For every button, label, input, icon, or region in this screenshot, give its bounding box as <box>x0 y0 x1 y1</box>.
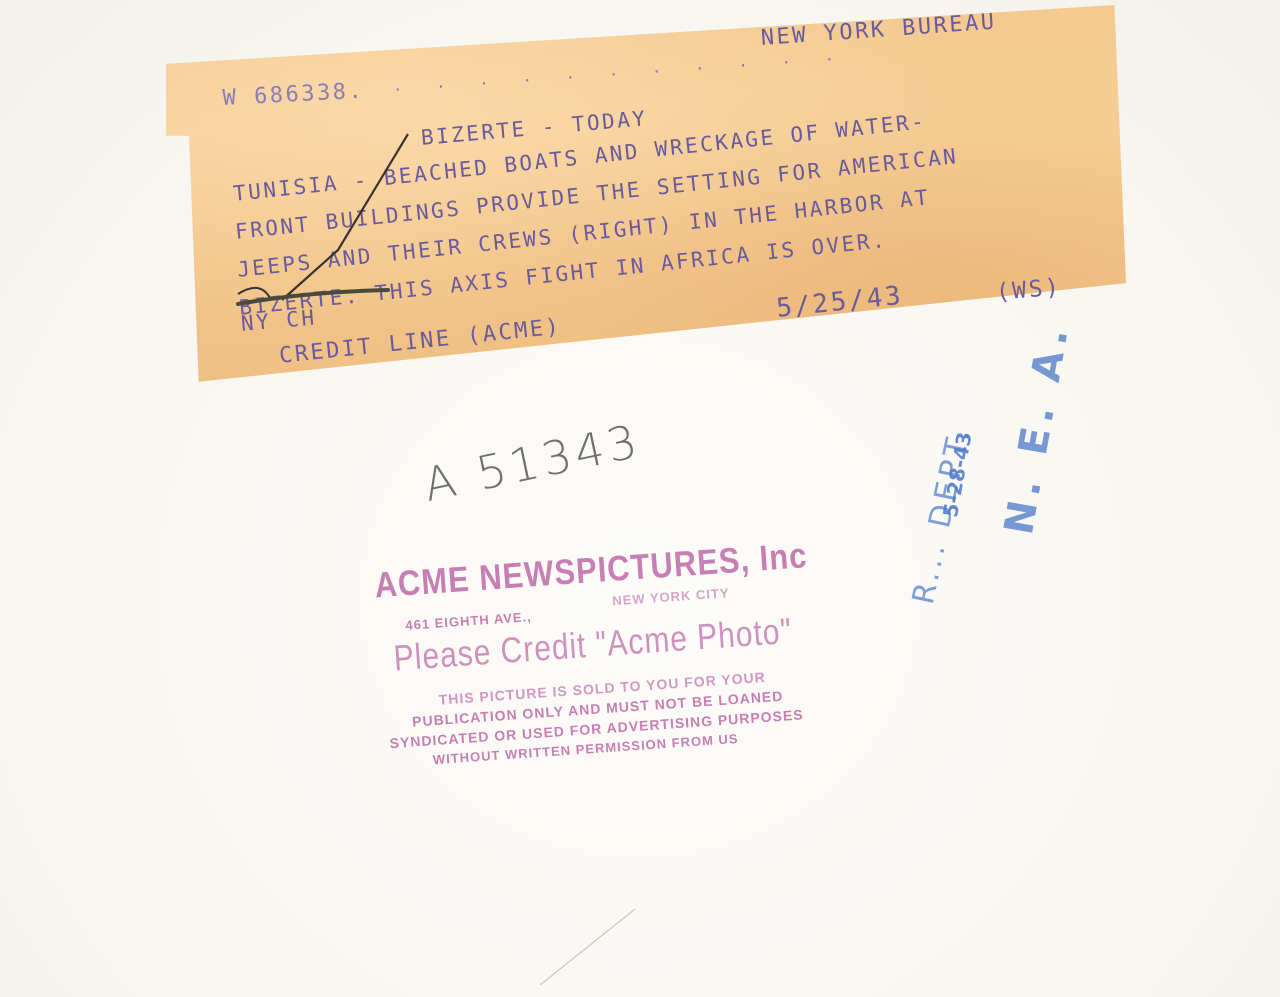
nea-stamp: N. E. A. <box>996 319 1078 538</box>
pen-underline-icon <box>236 282 396 312</box>
writer-initials: (WS) <box>995 274 1062 306</box>
photo-back-page: W 686338. . . . . . . . . . . . NEW YORK… <box>0 0 1280 997</box>
acme-newspictures-stamp: ACME NEWSPICTURES, Inc 461 EIGHTH AVE., … <box>372 515 868 788</box>
paper-crease <box>540 905 650 985</box>
stamp-company: ACME NEWSPICTURES, Inc <box>373 535 808 607</box>
stamp-address: 461 EIGHTH AVE., <box>405 609 532 633</box>
handwritten-archive-number: A 51343 <box>419 413 646 512</box>
